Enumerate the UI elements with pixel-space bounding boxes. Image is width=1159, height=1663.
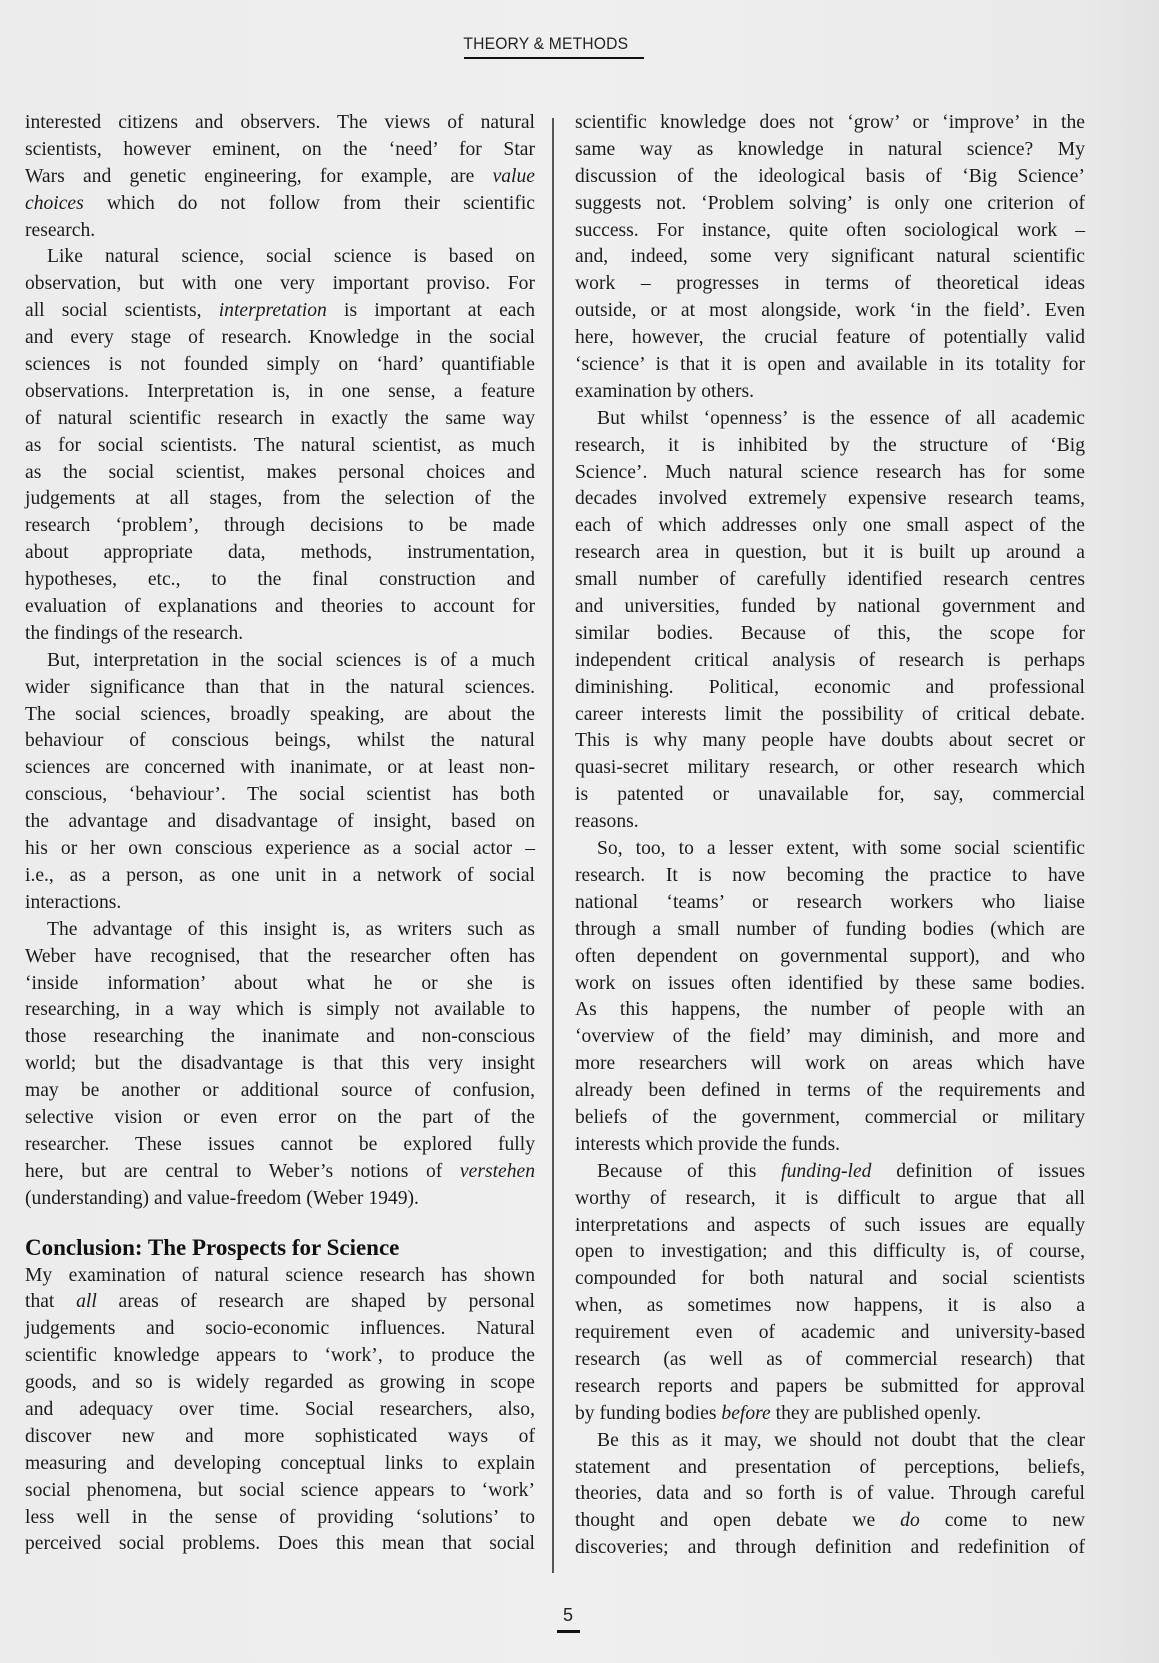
text-line: the findings of the research.: [25, 621, 535, 648]
text-line: goods, and so is widely regarded as grow…: [25, 1370, 535, 1397]
text-line: thought and open debate we do come to ne…: [575, 1508, 1085, 1535]
text-line: statement and presentation of perception…: [575, 1455, 1085, 1482]
text-line: discussion of the ideological basis of ‘…: [575, 164, 1085, 191]
paragraph: Like natural science, social science is …: [25, 244, 535, 647]
page-number: 5: [556, 1605, 580, 1626]
emphasis: verstehen: [460, 1161, 535, 1182]
text-line: work on issues often identified by these…: [575, 971, 1085, 998]
text-line: sciences are concerned with inanimate, o…: [25, 755, 535, 782]
text-line: So, too, to a lesser extent, with some s…: [575, 836, 1085, 863]
text-line: research area in question, but it is bui…: [575, 540, 1085, 567]
text-line: But whilst ‘openness’ is the essence of …: [575, 406, 1085, 433]
text-line: his or her own conscious experience as a…: [25, 836, 535, 863]
text-line: theories, data and so forth is of value.…: [575, 1481, 1085, 1508]
text-line: success. For instance, quite often socio…: [575, 218, 1085, 245]
text-line: hypotheses, etc., to the final construct…: [25, 567, 535, 594]
text-line: scientific knowledge appears to ‘work’, …: [25, 1343, 535, 1370]
text-line: evaluation of explanations and theories …: [25, 594, 535, 621]
text-line: less well in the sense of providing ‘sol…: [25, 1505, 535, 1532]
text-line: But, interpretation in the social scienc…: [25, 648, 535, 675]
text-line: The advantage of this insight is, as wri…: [25, 917, 535, 944]
emphasis: do: [900, 1510, 920, 1531]
text-line: beliefs of the government, commercial or…: [575, 1105, 1085, 1132]
paragraph: interested citizens and observers. The v…: [25, 110, 535, 244]
text-line: quasi-secret military research, or other…: [575, 755, 1085, 782]
text-line: and universities, funded by national gov…: [575, 594, 1085, 621]
text-line: discover new and more sophisticated ways…: [25, 1424, 535, 1451]
text-line: scientific knowledge does not ‘grow’ or …: [575, 110, 1085, 137]
text-line: perceived social problems. Does this mea…: [25, 1531, 535, 1558]
text-line: same way as knowledge in natural science…: [575, 137, 1085, 164]
text-line: research ‘problem’, through decisions to…: [25, 513, 535, 540]
text-line: Be this as it may, we should not doubt t…: [575, 1428, 1085, 1455]
text-line: This is why many people have doubts abou…: [575, 728, 1085, 755]
text-line: and adequacy over time. Social researche…: [25, 1397, 535, 1424]
text-line: small number of carefully identified res…: [575, 567, 1085, 594]
page-number-rule: [557, 1630, 580, 1633]
text-line: Wars and genetic engineering, for exampl…: [25, 164, 535, 191]
text-line: national ‘teams’ or research workers who…: [575, 890, 1085, 917]
text-line: selective vision or even error on the pa…: [25, 1105, 535, 1132]
text-line: outside, or at most alongside, work ‘in …: [575, 298, 1085, 325]
emphasis: interpretation: [219, 300, 327, 321]
column-divider: [552, 118, 554, 1573]
text-line: interpretations and aspects of such issu…: [575, 1213, 1085, 1240]
text-line: discoveries; and through definition and …: [575, 1535, 1085, 1562]
emphasis: value: [493, 166, 535, 187]
emphasis: before: [721, 1403, 770, 1424]
text-line: compounded for both natural and social s…: [575, 1266, 1085, 1293]
text-line: and, indeed, some very significant natur…: [575, 244, 1085, 271]
text-line: more researchers will work on areas whic…: [575, 1051, 1085, 1078]
text-line: research. It is now becoming the practic…: [575, 863, 1085, 890]
text-line: The social sciences, broadly speaking, a…: [25, 702, 535, 729]
text-line: is patented or unavailable for, say, com…: [575, 782, 1085, 809]
text-line: reasons.: [575, 809, 1085, 836]
emphasis: choices: [25, 193, 84, 214]
paragraph: scientific knowledge does not ‘grow’ or …: [575, 110, 1085, 406]
text-line: scientists, however eminent, on the ‘nee…: [25, 137, 535, 164]
text-line: similar bodies. Because of this, the sco…: [575, 621, 1085, 648]
text-line: suggests not. ‘Problem solving’ is only …: [575, 191, 1085, 218]
text-line: ‘science’ is that it is open and availab…: [575, 352, 1085, 379]
text-line: career interests limit the possibility o…: [575, 702, 1085, 729]
text-line: sciences is not founded simply on ‘hard’…: [25, 352, 535, 379]
text-line: examination by others.: [575, 379, 1085, 406]
text-line: open to investigation; and this difficul…: [575, 1239, 1085, 1266]
text-line: through a small number of funding bodies…: [575, 917, 1085, 944]
text-line: researcher. These issues cannot be explo…: [25, 1132, 535, 1159]
text-line: by funding bodies before they are publis…: [575, 1401, 1085, 1428]
text-line: as the social scientist, makes personal …: [25, 460, 535, 487]
text-line: that all areas of research are shaped by…: [25, 1289, 535, 1316]
text-line: often dependent on governmental support)…: [575, 944, 1085, 971]
section-heading: Conclusion: The Prospects for Science: [25, 1233, 535, 1263]
text-line: those researching the inanimate and non-…: [25, 1024, 535, 1051]
text-line: may be another or additional source of c…: [25, 1078, 535, 1105]
running-head: THEORY & METHODS: [463, 34, 629, 54]
text-line: and every stage of research. Knowledge i…: [25, 325, 535, 352]
text-line: about appropriate data, methods, instrum…: [25, 540, 535, 567]
text-line: already been defined in terms of the req…: [575, 1078, 1085, 1105]
text-line: interested citizens and observers. The v…: [25, 110, 535, 137]
text-line: choices which do not follow from their s…: [25, 191, 535, 218]
text-line: when, as sometimes now happens, it is al…: [575, 1293, 1085, 1320]
text-line: all social scientists, interpretation is…: [25, 298, 535, 325]
text-line: each of which addresses only one small a…: [575, 513, 1085, 540]
text-line: ‘overview of the field’ may diminish, an…: [575, 1024, 1085, 1051]
paragraph: My examination of natural science resear…: [25, 1263, 535, 1559]
text-line: Weber have recognised, that the research…: [25, 944, 535, 971]
paragraph: Because of this funding-led definition o…: [575, 1159, 1085, 1428]
text-line: requirement even of academic and univers…: [575, 1320, 1085, 1347]
text-line: interactions.: [25, 890, 535, 917]
text-line: observation, but with one very important…: [25, 271, 535, 298]
text-line: here, however, the crucial feature of po…: [575, 325, 1085, 352]
text-line: judgements at all stages, from the selec…: [25, 486, 535, 513]
left-column: interested citizens and observers. The v…: [25, 110, 535, 1558]
text-line: research reports and papers be submitted…: [575, 1374, 1085, 1401]
text-line: work – progresses in terms of theoretica…: [575, 271, 1085, 298]
text-line: conscious, ‘behaviour’. The social scien…: [25, 782, 535, 809]
emphasis: funding-led: [781, 1161, 871, 1182]
text-line: measuring and developing conceptual link…: [25, 1451, 535, 1478]
text-line: i.e., as a person, as one unit in a netw…: [25, 863, 535, 890]
text-line: As this happens, the number of people wi…: [575, 997, 1085, 1024]
paragraph: Be this as it may, we should not doubt t…: [575, 1428, 1085, 1562]
text-line: (understanding) and value-freedom (Weber…: [25, 1186, 535, 1213]
text-line: research, it is inhibited by the structu…: [575, 433, 1085, 460]
text-line: judgements and socio-economic influences…: [25, 1316, 535, 1343]
text-line: Science’. Much natural science research …: [575, 460, 1085, 487]
text-line: ‘inside information’ about what he or sh…: [25, 971, 535, 998]
paragraph: So, too, to a lesser extent, with some s…: [575, 836, 1085, 1159]
text-line: as for social scientists. The natural sc…: [25, 433, 535, 460]
text-line: world; but the disadvantage is that this…: [25, 1051, 535, 1078]
text-line: Because of this funding-led definition o…: [575, 1159, 1085, 1186]
running-head-rule: [464, 57, 644, 59]
paragraph: The advantage of this insight is, as wri…: [25, 917, 535, 1213]
text-line: here, but are central to Weber’s notions…: [25, 1159, 535, 1186]
text-line: research (as well as of commercial resea…: [575, 1347, 1085, 1374]
text-line: decades involved extremely expensive res…: [575, 486, 1085, 513]
right-column: scientific knowledge does not ‘grow’ or …: [575, 110, 1085, 1562]
text-line: researching, in a way which is simply no…: [25, 997, 535, 1024]
text-line: diminishing. Political, economic and pro…: [575, 675, 1085, 702]
text-line: research.: [25, 218, 535, 245]
text-line: of natural scientific research in exactl…: [25, 406, 535, 433]
text-line: behaviour of conscious beings, whilst th…: [25, 728, 535, 755]
text-line: independent critical analysis of researc…: [575, 648, 1085, 675]
emphasis: all: [76, 1291, 97, 1312]
paragraph: But, interpretation in the social scienc…: [25, 648, 535, 917]
text-line: My examination of natural science resear…: [25, 1263, 535, 1290]
text-line: worthy of research, it is difficult to a…: [575, 1186, 1085, 1213]
text-line: observations. Interpretation is, in one …: [25, 379, 535, 406]
text-line: Like natural science, social science is …: [25, 244, 535, 271]
text-line: wider significance than that in the natu…: [25, 675, 535, 702]
text-line: the advantage and disadvantage of insigh…: [25, 809, 535, 836]
paragraph: But whilst ‘openness’ is the essence of …: [575, 406, 1085, 836]
text-line: social phenomena, but social science app…: [25, 1478, 535, 1505]
text-line: interests which provide the funds.: [575, 1132, 1085, 1159]
